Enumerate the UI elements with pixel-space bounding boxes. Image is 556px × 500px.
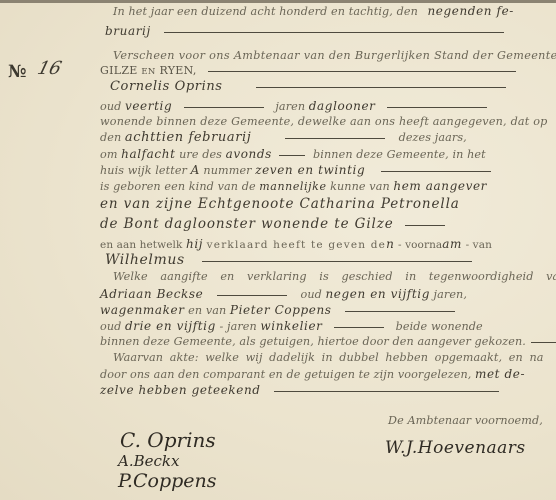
mother-name: en van zijne Echtgenoote Catharina Petro… <box>100 196 460 212</box>
line-declarant-name: Cornelis Oprins <box>110 80 506 94</box>
municipality-name: GILZE EN RYEN, <box>100 64 197 77</box>
line-given-name-intro: en aan hetwelk hij verklaard heeft te ge… <box>100 237 492 252</box>
witness1-name: Adriaan Beckse <box>100 287 203 301</box>
house-letter: A <box>191 163 200 177</box>
birth-time: halfacht <box>121 147 175 161</box>
witness1-occupation: wagenmaker <box>100 303 185 317</box>
line-municipality: GILZE EN RYEN, <box>100 64 516 79</box>
record-number-label: № <box>8 62 26 82</box>
birth-daypart: avonds <box>226 147 272 161</box>
line-witness1: Adriaan Beckse oud negen en vijftig jare… <box>100 287 467 302</box>
birth-date: achttien februarij <box>125 130 252 145</box>
signature-witness1: A.Beckx <box>118 452 179 470</box>
line-witness2-details: oud drie en vijftig - jaren winkelier be… <box>100 319 483 334</box>
fill-rule <box>208 71 516 72</box>
line-date: In het jaar een duizend acht honderd en … <box>113 4 514 19</box>
handwritten-day: negenden fe- <box>427 4 513 18</box>
line-signed: zelve hebben geteekend <box>100 383 499 398</box>
signed-statement: zelve hebben geteekend <box>100 383 261 397</box>
line-deed: Waarvan akte: welke wij dadelijk in dubb… <box>113 351 544 365</box>
fill-rule <box>164 32 504 33</box>
declarant-occupation: daglooner <box>309 99 376 113</box>
handwritten-month: bruarij <box>105 24 151 38</box>
official-label: De Ambtenaar voornoemd, <box>388 414 543 428</box>
witness2-age: drie en vijftig <box>125 319 216 333</box>
fill-rule <box>256 87 506 88</box>
line-witnesses-intro: Welke aangifte en verklaring is geschied… <box>113 270 556 284</box>
page-top-edge <box>0 0 556 3</box>
line-birth-time: om halfacht ure des avonds binnen deze G… <box>100 147 486 162</box>
declarant-age: veertig <box>125 99 172 113</box>
line-declarant-age: oud veertig jaren daglooner <box>100 99 487 114</box>
mother-details: de Bont dagloonster wonende te Gilze <box>100 216 394 232</box>
signature-witness2: P.Coppens <box>118 470 217 492</box>
line-house: huis wijk letter A nummer zeven en twint… <box>100 163 491 178</box>
line-appeared: Verscheen voor ons Ambtenaar van den Bur… <box>113 49 556 63</box>
declarant-name: Cornelis Oprins <box>110 79 223 94</box>
house-number: zeven en twintig <box>255 163 365 177</box>
child-sex: mannelijke <box>259 180 326 193</box>
signature-declarant: C. Oprins <box>120 428 216 452</box>
line-witnesses-chosen: binnen deze Gemeente, als getuigen, hier… <box>100 335 556 349</box>
witness1-age: negen en vijftig <box>325 287 430 301</box>
line-residing: wonende binnen deze Gemeente, dewelke aa… <box>100 115 548 129</box>
line-mother-occupation: de Bont dagloonster wonende te Gilze <box>100 217 445 232</box>
line-witness2: wagenmaker en van Pieter Coppens <box>100 303 455 318</box>
father-ref: hem aangever <box>393 179 487 193</box>
line-child-name: Wilhelmus <box>105 253 472 268</box>
line-child-sex: is geboren een kind van de mannelijke ku… <box>100 179 487 194</box>
witness2-occupation: winkelier <box>260 319 322 333</box>
record-number: 16 <box>35 58 64 79</box>
signature-official: W.J.Hoevenaars <box>385 438 526 458</box>
witness2-name: Pieter Coppens <box>230 303 332 317</box>
line-month: bruarij <box>105 24 504 39</box>
child-name: Wilhelmus <box>105 252 185 268</box>
line-mother: en van zijne Echtgenoote Catharina Petro… <box>100 197 460 212</box>
line-birth-date: den achttien februarij dezes jaars, <box>100 131 467 145</box>
line-read-aloud: door ons aan den comparant en de getuige… <box>100 367 525 382</box>
